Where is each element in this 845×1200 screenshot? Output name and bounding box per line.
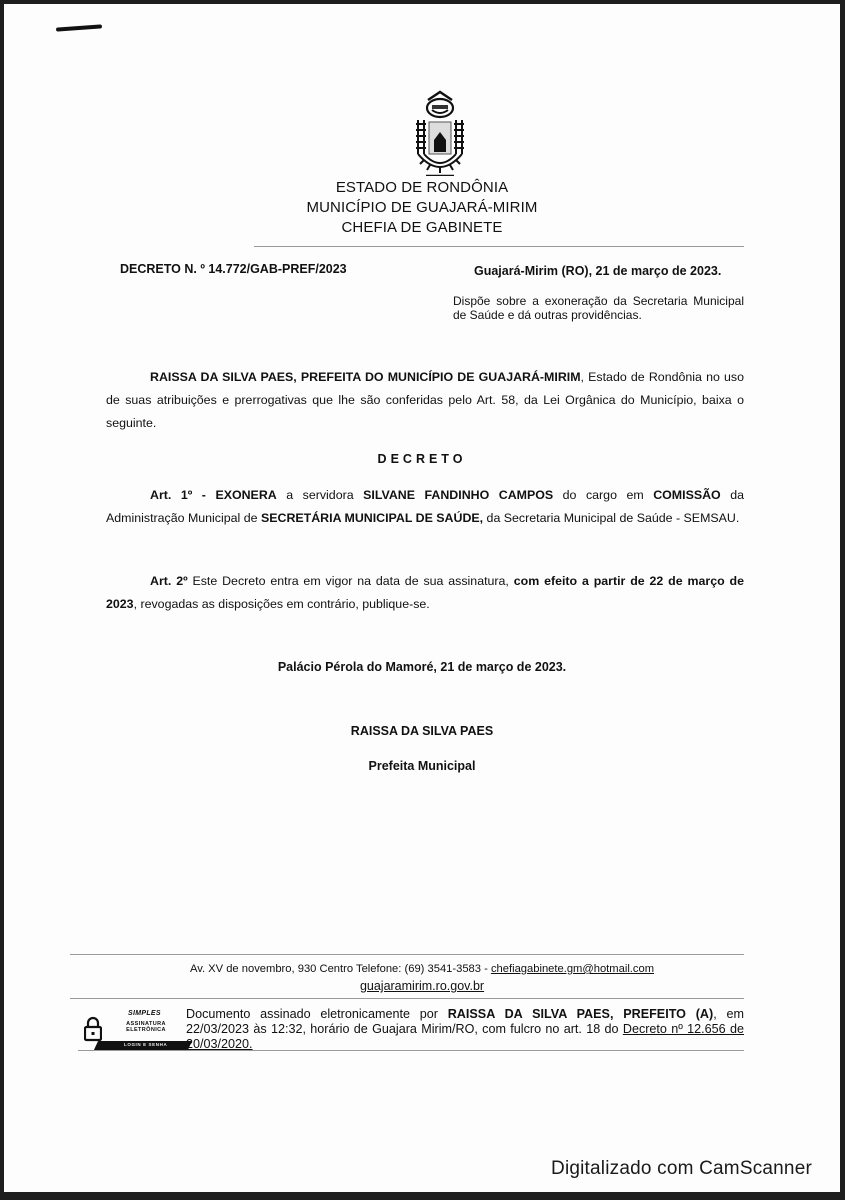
art1-text: a servidora <box>277 488 363 502</box>
signer-name: RAISSA DA SILVA PAES <box>4 724 840 738</box>
footer-divider-mid <box>70 998 744 999</box>
footer-website: guajaramirim.ro.gov.br <box>4 979 840 994</box>
electronic-signature-text: Documento assinado eletronicamente por R… <box>186 1007 744 1052</box>
secretariat-name: SECRETÁRIA MUNICIPAL DE SAÚDE, <box>261 511 483 525</box>
electronic-signature-badge: SIMPLES ASSINATURAELETRÔNICA LOGIN E SEN… <box>78 1006 190 1050</box>
website-link[interactable]: guajaramirim.ro.gov.br <box>360 979 484 993</box>
employee-name: SILVANE FANDINHO CAMPOS <box>363 488 553 502</box>
signer-title: Prefeita Municipal <box>4 759 840 773</box>
header-department: CHEFIA DE GABINETE <box>4 218 840 237</box>
camscanner-watermark: Digitalizado com CamScanner <box>551 1158 812 1180</box>
scanned-document-page: ESTADO DE RONDÔNIA MUNICÍPIO DE GUAJARÁ-… <box>4 4 840 1192</box>
art1-label: Art. 1º - EXONERA <box>150 488 277 502</box>
art2-text: , revogadas as disposições em contrário,… <box>134 597 430 611</box>
badge-bar-text: LOGIN E SENHA <box>124 1042 167 1047</box>
pen-mark <box>56 24 102 31</box>
header-state: ESTADO DE RONDÔNIA <box>4 178 840 197</box>
preamble-issuer: RAISSA DA SILVA PAES, PREFEITA DO MUNICÍ… <box>150 370 581 384</box>
article-2: Art. 2º Este Decreto entra em vigor na d… <box>106 570 744 616</box>
badge-brand: SIMPLES <box>128 1010 161 1017</box>
coat-of-arms-icon <box>410 90 470 176</box>
header-municipality: MUNICÍPIO DE GUAJARÁ-MIRIM <box>4 198 840 217</box>
badge-caption: ASSINATURAELETRÔNICA <box>126 1021 166 1033</box>
preamble-paragraph: RAISSA DA SILVA PAES, PREFEITA DO MUNICÍ… <box>106 366 744 435</box>
footer-divider-top <box>70 954 744 955</box>
header-divider <box>254 246 744 247</box>
art2-label: Art. 2º <box>150 574 188 588</box>
article-1: Art. 1º - EXONERA a servidora SILVANE FA… <box>106 484 744 530</box>
art1-text: da Secretaria Municipal de Saúde - SEMSA… <box>483 511 739 525</box>
position-type: COMISSÃO <box>653 488 720 502</box>
email-link[interactable]: chefiagabinete.gm@hotmail.com <box>491 963 654 975</box>
art1-text: do cargo em <box>553 488 653 502</box>
decree-summary: Dispõe sobre a exoneração da Secretaria … <box>453 294 744 322</box>
footer-address: Av. XV de novembro, 930 Centro Telefone:… <box>4 962 840 977</box>
closing-place-date: Palácio Pérola do Mamoré, 21 de março de… <box>4 660 840 674</box>
decree-number: DECRETO N. º 14.772/GAB-PREF/2023 <box>120 262 347 276</box>
footer-divider-bottom <box>78 1050 744 1051</box>
padlock-icon <box>84 1016 102 1042</box>
badge-line2: ELETRÔNICA <box>126 1027 166 1033</box>
sig-text-pre: Documento assinado eletronicamente por <box>186 1007 448 1021</box>
address-text: Av. XV de novembro, 930 Centro Telefone:… <box>190 963 491 975</box>
sig-signer: RAISSA DA SILVA PAES, PREFEITO (A) <box>448 1007 714 1021</box>
decreto-heading: DECRETO <box>4 452 840 466</box>
decree-date: Guajará-Mirim (RO), 21 de março de 2023. <box>474 264 721 278</box>
art2-text: Este Decreto entra em vigor na data de s… <box>188 574 514 588</box>
